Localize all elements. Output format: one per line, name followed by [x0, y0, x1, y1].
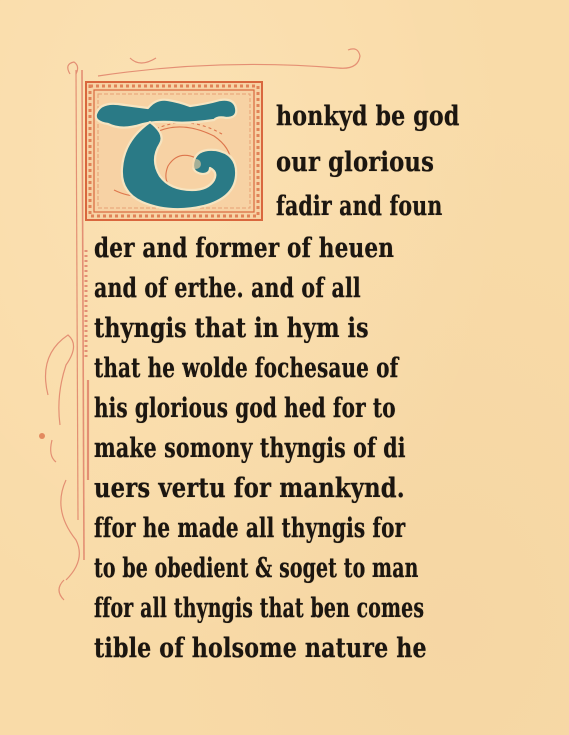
text-line-12: to be obedient & soget to man — [94, 552, 418, 586]
text-line-1: honkyd be god — [276, 100, 460, 134]
text-line-8: his glorious god hed for to — [94, 392, 396, 426]
manuscript-text: honkyd be god our glorious fadir and fou… — [0, 0, 569, 735]
text-line-7: that he wolde fochesaue of — [94, 352, 398, 386]
text-line-14: tible of holsome nature he — [94, 632, 427, 666]
text-line-4: der and former of heuen — [94, 232, 394, 266]
text-line-11: ffor he made all thyngis for — [94, 512, 405, 546]
text-line-13: ffor all thyngis that ben comes — [94, 592, 424, 626]
manuscript-page: honkyd be god our glorious fadir and fou… — [0, 0, 569, 735]
text-line-2: our glorious — [276, 146, 434, 180]
text-line-5: and of erthe. and of all — [94, 272, 361, 306]
text-line-10: uers vertu for mankynd. — [94, 472, 405, 506]
text-line-3: fadir and foun — [276, 190, 442, 224]
text-line-9: make somony thyngis of di — [94, 432, 406, 466]
text-line-6: thyngis that in hym is — [94, 312, 369, 346]
